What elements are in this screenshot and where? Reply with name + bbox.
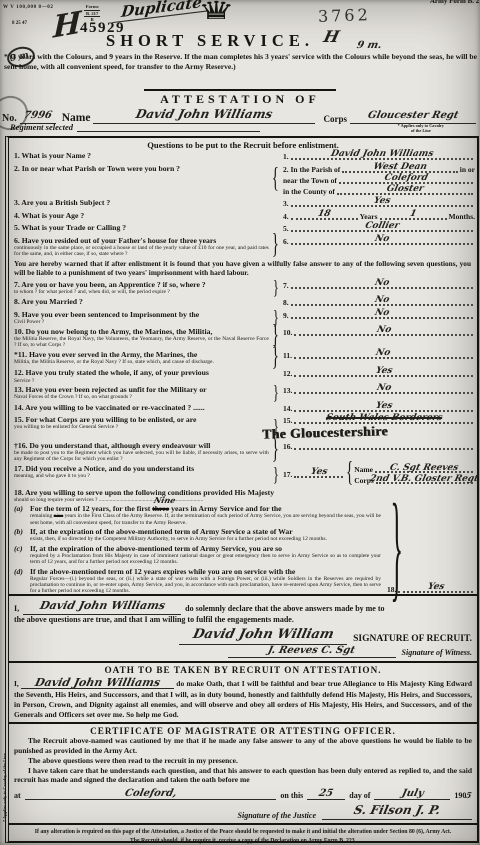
certificate-paragraph-2: The above questions were then read to th… xyxy=(14,756,472,766)
oath-name-field: David John Williams xyxy=(21,679,174,689)
corps-label: Corps xyxy=(323,114,347,124)
certificate-heading: CERTIFICATE OF MAGISTRATE OR ATTESTING O… xyxy=(14,726,472,736)
question-9: 9. Have you ever been sentenced to Impri… xyxy=(14,310,272,319)
answer-5: 5. Collier xyxy=(283,223,475,234)
question-10: 10. Do you now belong to the Army, the M… xyxy=(14,327,271,336)
certificate-paragraph-1: The Recruit above-named was cautioned by… xyxy=(14,736,472,756)
question-row-1: 1. What is your Name ? 1. David John Wil… xyxy=(14,151,475,162)
attestation-year: 1905 xyxy=(454,790,472,800)
oath-section: OATH TO BE TAKEN BY RECRUIT ON ATTESTATI… xyxy=(9,661,477,723)
answer-2: 2. In the Parish of West Dean in or near… xyxy=(280,164,475,197)
witness-signature: J. Reeves C. Sgt xyxy=(228,644,396,658)
printers-code: W V 100,000 8—02 xyxy=(3,5,53,10)
question-8: 8. Are you Married ? xyxy=(14,297,280,306)
masthead: W V 100,000 8—02 8 25 47 Forms B. 217 B … xyxy=(0,0,480,136)
answer-6: 6. No xyxy=(283,236,475,247)
question-13: 13. Have you ever been rejected as unfit… xyxy=(14,385,272,394)
question-18: 18. Are you willing to serve upon the fo… xyxy=(14,488,383,497)
brace-icon: } xyxy=(273,381,279,405)
answer-13: 13. No xyxy=(283,385,475,396)
answer-1: 1. David John Williams xyxy=(283,151,475,162)
answer-11: 11. No xyxy=(283,350,475,361)
question-11: *11. Have you ever served in the Army, t… xyxy=(14,350,271,359)
corps-field: Gloucester Regt xyxy=(350,105,476,124)
question-row-2: 2. In or near what Parish or Town were y… xyxy=(14,164,475,197)
answer-16: 16. xyxy=(283,441,475,452)
brace-icon: } xyxy=(273,463,279,487)
question-row-17: 17. Did you receive a Notice, and do you… xyxy=(14,464,475,486)
witness-signature-row: J. Reeves C. Sgt Signature of Witness. xyxy=(14,644,472,658)
question-row-11: *11. Have you ever served in the Army, t… xyxy=(14,350,475,367)
question-row-16: †16. Do you understand that, although ev… xyxy=(14,441,475,462)
answer-18: 18. Yes xyxy=(387,584,475,595)
answer-7: 7. No xyxy=(283,280,475,291)
condition-c: (c) If, at the expiration of the above-m… xyxy=(14,544,383,565)
question-row-12: 12. Have you truly stated the whole, if … xyxy=(14,368,475,383)
amendment-annotation: Nine xyxy=(153,496,176,505)
brace-icon: } xyxy=(272,230,279,262)
question-row-6: 6. Have you resided out of your Father's… xyxy=(14,236,475,257)
question-row-13: 13. Have you ever been rejected as unfit… xyxy=(14,385,475,401)
question-row-4: 4. What is your Age ? 4. 18 Years 1 Mont… xyxy=(14,211,475,222)
answer-3: 3. Yes xyxy=(283,198,475,209)
control-number: 3762 xyxy=(318,5,371,26)
question-2: 2. In or near what Parish or Town were y… xyxy=(14,164,271,173)
question-row-9: 9. Have you ever been sentenced to Impri… xyxy=(14,310,475,326)
justice-signature: S. Filson J. P. xyxy=(322,801,472,820)
answer-17: 17. Yes { Name C. Sgt Reeves Corps 2nd V… xyxy=(283,464,475,486)
question-18-block: 18. Are you willing to serve upon the fo… xyxy=(14,488,475,595)
question-15: 15. For what Corps are you willing to be… xyxy=(14,415,272,424)
warning-paragraph: You are hereby warned that if after enli… xyxy=(14,259,471,278)
margin-note: * Applies only to Cavalry of the Line. xyxy=(2,752,7,822)
attestation-day: 25 xyxy=(307,788,345,800)
question-1: 1. What is your Name ? xyxy=(14,151,280,160)
terms-paragraph: * (3 years with the Colours, and 9 years… xyxy=(4,52,477,72)
brace-icon: } xyxy=(273,276,279,300)
footer-note-1: If any alteration is required on this pa… xyxy=(15,828,471,837)
recruit-signature-row: David John William SIGNATURE OF RECRUIT. xyxy=(14,627,472,645)
attestation-document-page: W V 100,000 8—02 8 25 47 Forms B. 217 B … xyxy=(0,0,480,845)
certificate-paragraph-3: I have taken care that he understands ea… xyxy=(14,766,472,786)
question-4: 4. What is your Age ? xyxy=(14,211,280,220)
questions-body: 1. What is your Name ? 1. David John Wil… xyxy=(9,151,477,594)
question-5: 5. What is your Trade or Calling ? xyxy=(14,223,280,232)
declaration-section: I, David John Williams do solemnly decla… xyxy=(9,594,477,661)
answer-9: 9. No xyxy=(283,310,475,321)
question-16: †16. Do you understand that, although ev… xyxy=(14,441,271,450)
footer-notes: If any alteration is required on this pa… xyxy=(9,823,477,845)
question-row-8: 8. Are you Married ? 8. No xyxy=(14,297,475,308)
answer-10: 10. No xyxy=(283,327,475,338)
question-14: 14. Are you willing to be vaccinated or … xyxy=(14,403,280,412)
brace-icon: { xyxy=(346,458,353,490)
royal-crown-icon: ♛ xyxy=(197,0,230,25)
question-12: 12. Have you truly stated the whole, if … xyxy=(14,368,280,377)
question-row-10: 10. Do you now belong to the Army, the M… xyxy=(14,327,475,348)
duplicate-annotation: Duplicate xyxy=(112,0,211,23)
place-date-row: at Coleford, on this 25 day of July 1905 xyxy=(14,788,472,800)
declaration-name-field: David John Williams xyxy=(23,599,181,614)
oath-heading: OATH TO BE TAKEN BY RECRUIT ON ATTESTATI… xyxy=(14,665,472,675)
condition-a: (a) For the term of 12 years, for the fi… xyxy=(14,504,383,525)
answer-4: 4. 18 Years 1 Months. xyxy=(283,211,475,222)
footer-note-2: The Recruit should, if he require it, re… xyxy=(15,837,471,845)
condition-b: (b) If, at the expiration of the above-m… xyxy=(14,527,383,542)
answer-8: 8. No xyxy=(283,297,475,308)
brace-icon: } xyxy=(272,342,279,374)
attestation-month: July xyxy=(374,788,450,800)
attestation-place: Coleford, xyxy=(25,788,277,800)
justice-signature-row: Signature of the Justice S. Filson J. P. xyxy=(14,801,472,820)
printers-code-2: 8 25 47 xyxy=(12,21,27,26)
certificate-section: CERTIFICATE OF MAGISTRATE OR ATTESTING O… xyxy=(9,722,477,823)
cavalry-note: * Applies only to Cavalry of the Line xyxy=(398,123,444,134)
condition-d: (d) If the above-mentioned term of 12 ye… xyxy=(14,567,383,595)
question-3: 3. Are you a British Subject ? xyxy=(14,198,280,207)
question-row-3: 3. Are you a British Subject ? 3. Yes xyxy=(14,198,475,209)
question-row-5: 5. What is your Trade or Calling ? 5. Co… xyxy=(14,223,475,234)
terms-annotation: 9 m. xyxy=(356,40,383,51)
answer-12: 12. Yes xyxy=(283,368,475,379)
recruit-signature: David John William xyxy=(179,627,347,645)
question-row-7: 7. Are you or have you been, an Apprenti… xyxy=(14,280,475,296)
question-7: 7. Are you or have you been, an Apprenti… xyxy=(14,280,272,289)
brace-icon: { xyxy=(272,164,279,196)
regiment-selected-field: Regiment selected xyxy=(10,122,260,132)
army-form-reference: Army Form B. 217. xyxy=(430,0,480,5)
question-6: 6. Have you resided out of your Father's… xyxy=(14,236,271,245)
question-row-15: 15. For what Corps are you willing to be… xyxy=(14,415,475,439)
main-form-box: Questions to be put to the Recruit befor… xyxy=(5,136,479,843)
question-17: 17. Did you receive a Notice, and do you… xyxy=(14,464,272,473)
